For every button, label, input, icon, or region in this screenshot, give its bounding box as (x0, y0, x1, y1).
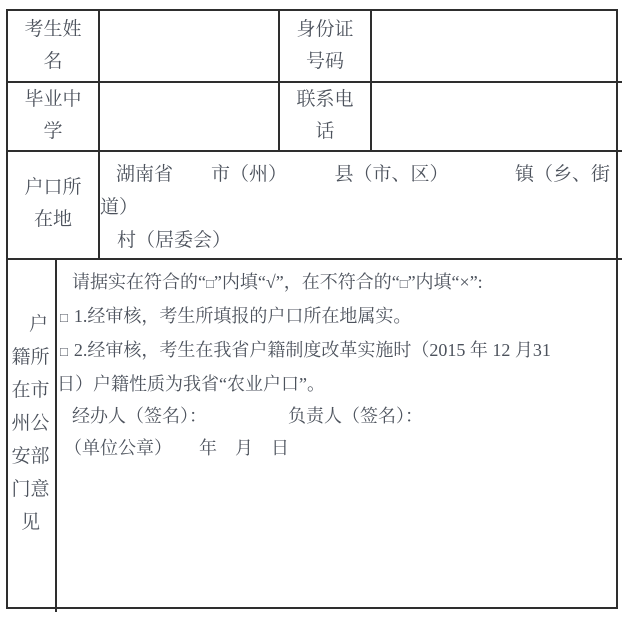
candidate-name-label: 考生姓 名 (8, 11, 98, 81)
graduate-school-label: 毕业中 学 (8, 83, 98, 149)
audit-item-2-continuation: 日）户籍性质为我省“农业户口”。 (57, 368, 620, 400)
signature-line[interactable]: 经办人（签名）： 负责人（签名）： (57, 400, 620, 432)
seal-date-line[interactable]: （单位公章） 年 月 日 (57, 432, 620, 464)
residence-line-street-cont[interactable]: 道） (100, 191, 620, 224)
instruction-box-icon: □ (206, 268, 214, 300)
residence-line-village[interactable]: 村（居委会） (100, 224, 620, 256)
fill-instruction-text: 请据实在符合的“□”内填“√”，在不符合的“□”内填“×”: (57, 266, 620, 300)
audit-item-1-text: 1.经审核，考生所填报的户口所在地属实。 (74, 306, 412, 326)
audit-item-2-text: 2.经审核，考生在我省户籍制度改革实施时（2015 年 12 月31 (74, 340, 551, 360)
security-opinion-label: 户 籍所 在市 州公 安部 门意 见 (8, 260, 53, 610)
contact-phone-input[interactable] (372, 83, 620, 149)
id-number-input[interactable] (372, 11, 620, 81)
residence-line-province[interactable]: 湖南省 市（州） 县（市、区） 镇（乡、街 (100, 158, 620, 191)
graduate-school-input[interactable] (100, 83, 278, 149)
security-opinion-content: 请据实在符合的“□”内填“√”，在不符合的“□”内填“×”: □1.经审核，考生… (57, 260, 620, 610)
audit-item-1: □1.经审核，考生所填报的户口所在地属实。 (57, 300, 620, 334)
id-number-label: 身份证 号码 (280, 11, 370, 81)
checkbox-audit-1[interactable]: □ (60, 302, 68, 334)
candidate-name-input[interactable] (100, 11, 278, 81)
instruction-box-icon: □ (400, 268, 408, 300)
residence-location-label: 户口所 在地 (8, 152, 98, 256)
residence-location-input[interactable]: 湖南省 市（州） 县（市、区） 镇（乡、街 道） 村（居委会） (100, 152, 620, 256)
contact-phone-label: 联系电 话 (280, 83, 370, 149)
household-registration-form: 考生姓 名 身份证 号码 毕业中 学 联系电 话 户口所 在地 湖南省 市（州）… (0, 0, 629, 619)
audit-item-2: □2.经审核，考生在我省户籍制度改革实施时（2015 年 12 月31 (57, 334, 620, 368)
checkbox-audit-2[interactable]: □ (60, 336, 68, 368)
